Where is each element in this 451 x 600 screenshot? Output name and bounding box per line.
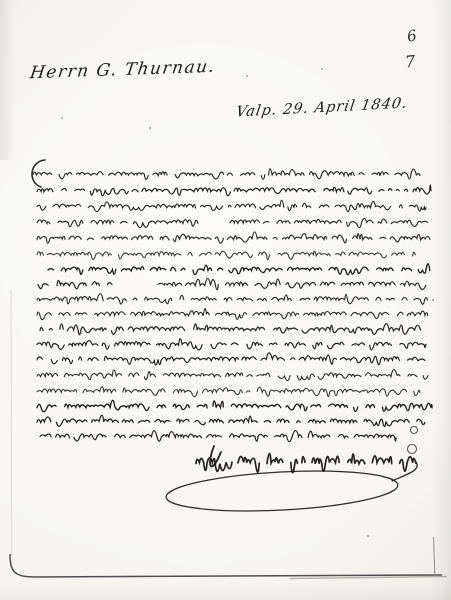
handwriting-svg: [0, 0, 451, 600]
paper-bottom-edge: [10, 554, 442, 577]
paper-right-edge: [434, 537, 435, 575]
handwriting-ink: [32, 68, 434, 537]
letter-scan: Herrn G. Thurnau. Valp. 29. April 1840. …: [0, 0, 451, 600]
paper-left-edge: [11, 290, 12, 556]
paper-bottom-shadow: [290, 577, 447, 579]
